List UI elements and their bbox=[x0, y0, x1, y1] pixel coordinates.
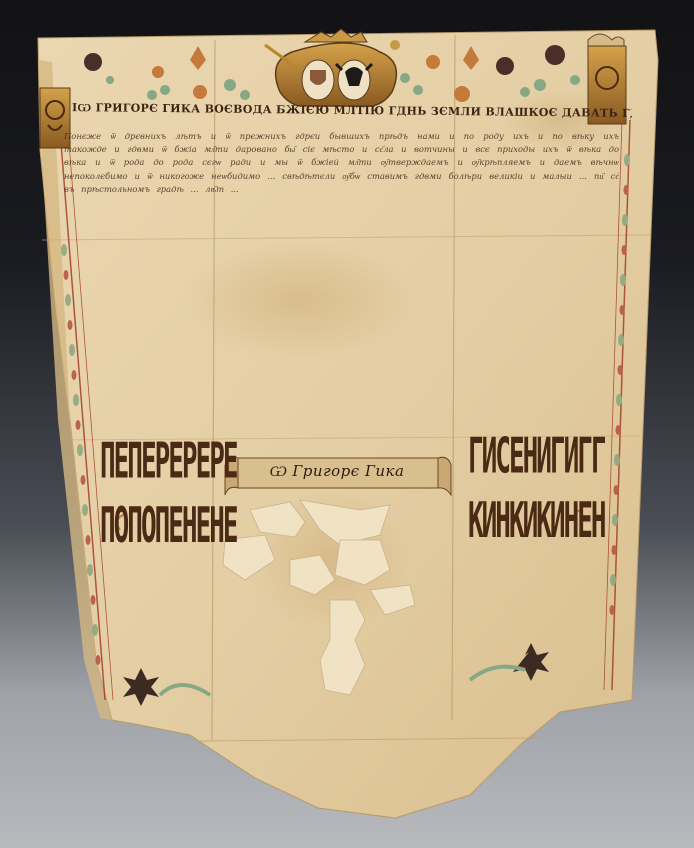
monogram-right: ГИСЕНИГИГГ КИНКИКИНЕН bbox=[468, 425, 605, 554]
charter-body-text: Понєже ѿ дрєвнихъ лѣтъ и ѿ прєжнихъ гдрє… bbox=[64, 130, 619, 440]
ruler-signature: Ѡ Григорє Гика bbox=[262, 462, 412, 481]
monogram-right-line-2: КИНКИКИНЕН bbox=[468, 490, 605, 555]
monogram-right-line-1: ГИСЕНИГИГГ bbox=[468, 425, 605, 490]
monogram-left-line-1: ПЕПЕРЕРЕРЕ bbox=[100, 430, 237, 495]
photo-stage: ІѠ ГРИГОРЄ ГИКА ВОЄВОДА БЖІЄЮ МЛТІЮ ГДНЬ… bbox=[0, 0, 694, 848]
monogram-left: ПЕПЕРЕРЕРЕ ПОПОПЕНЕНЕ bbox=[100, 430, 237, 559]
monogram-left-line-2: ПОПОПЕНЕНЕ bbox=[100, 495, 237, 560]
